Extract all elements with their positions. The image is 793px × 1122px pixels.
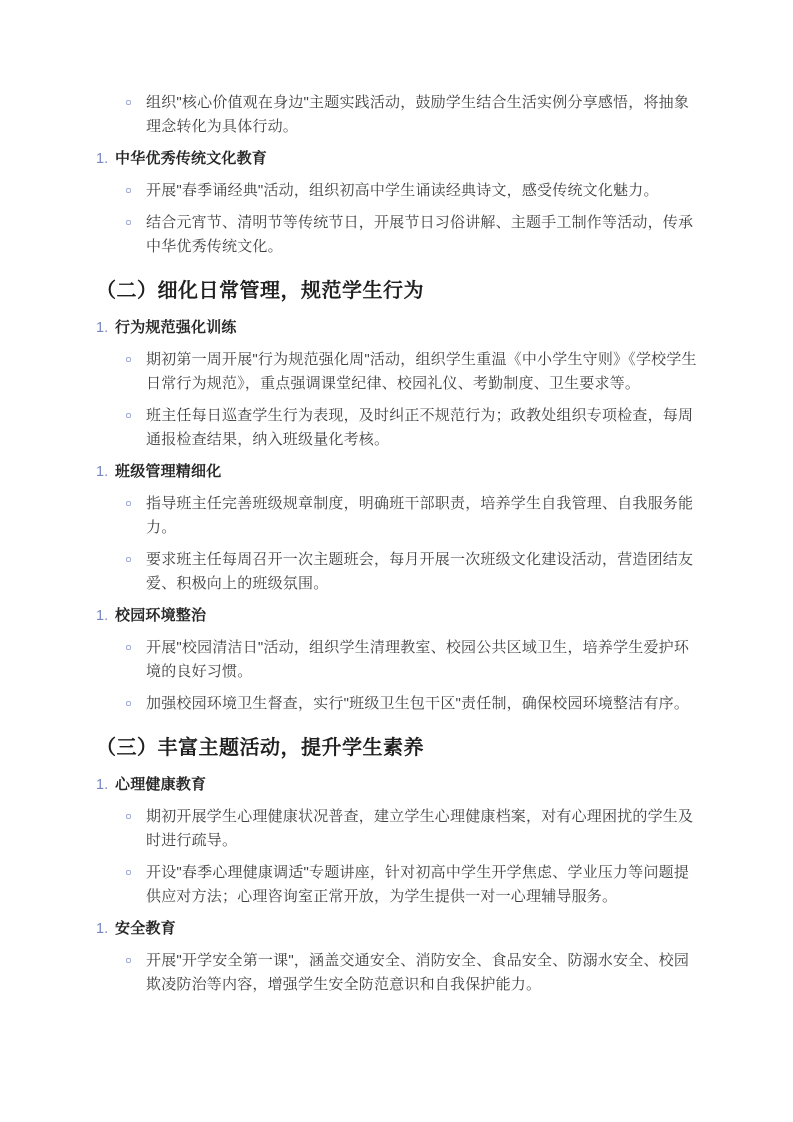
list-number: 1. (96, 460, 115, 484)
bullet-marker-col (126, 636, 146, 650)
numbered-item: 1. 行为规范强化训练 (96, 316, 697, 340)
bullet-marker (126, 645, 131, 650)
section-heading-3: （三）丰富主题活动，提升学生素养 (96, 733, 697, 763)
bullet-item-text: 期初开展学生心理健康状况普查，建立学生心理健康档案，对有心理困扰的学生及时进行疏… (146, 805, 697, 853)
bullet-marker (126, 100, 131, 105)
bullet-item-text: 期初第一周开展"行为规范强化周"活动，组织学生重温《中小学生守则》《学校学生日常… (146, 348, 697, 396)
bullet-item-text: 开展"春季诵经典"活动，组织初高中学生诵读经典诗文，感受传统文化魅力。 (146, 179, 697, 203)
bullet-marker-col (126, 949, 146, 963)
bullet-item-text: 开展"开学安全第一课"，涵盖交通安全、消防安全、食品安全、防溺水安全、校园欺凌防… (146, 949, 697, 997)
bullet-item: 要求班主任每周召开一次主题班会，每月开展一次班级文化建设活动，营造团结友爱、积极… (126, 548, 697, 596)
numbered-item: 1. 中华优秀传统文化教育 (96, 147, 697, 171)
bullet-marker (126, 701, 131, 706)
bullet-item: 组织"核心价值观在身边"主题实践活动，鼓励学生结合生活实例分享感悟，将抽象理念转… (126, 91, 697, 139)
list-number: 1. (96, 917, 115, 941)
bullet-marker-col (126, 348, 146, 362)
bullet-marker-col (126, 805, 146, 819)
numbered-item-title: 校园环境整治 (115, 604, 697, 628)
bullet-item: 期初开展学生心理健康状况普查，建立学生心理健康档案，对有心理困扰的学生及时进行疏… (126, 805, 697, 853)
numbered-item-title: 班级管理精细化 (115, 460, 697, 484)
bullet-marker-col (126, 492, 146, 506)
bullet-item: 开展"校园清洁日"活动，组织学生清理教室、校园公共区域卫生，培养学生爱护环境的良… (126, 636, 697, 684)
bullet-item: 加强校园环境卫生督查，实行"班级卫生包干区"责任制，确保校园环境整洁有序。 (126, 692, 697, 716)
bullet-marker (126, 958, 131, 963)
bullet-marker (126, 188, 131, 193)
numbered-item-title: 行为规范强化训练 (115, 316, 697, 340)
bullet-item: 期初第一周开展"行为规范强化周"活动，组织学生重温《中小学生守则》《学校学生日常… (126, 348, 697, 396)
document-page: 组织"核心价值观在身边"主题实践活动，鼓励学生结合生活实例分享感悟，将抽象理念转… (0, 0, 793, 1122)
list-number: 1. (96, 147, 115, 171)
bullet-marker (126, 870, 131, 875)
numbered-item: 1. 心理健康教育 (96, 773, 697, 797)
section-heading-2: （二）细化日常管理，规范学生行为 (96, 276, 697, 306)
bullet-marker-col (126, 861, 146, 875)
bullet-item-text: 开展"校园清洁日"活动，组织学生清理教室、校园公共区域卫生，培养学生爱护环境的良… (146, 636, 697, 684)
bullet-item: 开展"开学安全第一课"，涵盖交通安全、消防安全、食品安全、防溺水安全、校园欺凌防… (126, 949, 697, 997)
bullet-marker (126, 413, 131, 418)
bullet-marker-col (126, 91, 146, 105)
bullet-item: 结合元宵节、清明节等传统节日，开展节日习俗讲解、主题手工制作等活动，传承中华优秀… (126, 211, 697, 259)
bullet-item: 班主任每日巡查学生行为表现，及时纠正不规范行为；政教处组织专项检查，每周通报检查… (126, 404, 697, 452)
bullet-item-text: 要求班主任每周召开一次主题班会，每月开展一次班级文化建设活动，营造团结友爱、积极… (146, 548, 697, 596)
bullet-marker (126, 501, 131, 506)
bullet-marker (126, 557, 131, 562)
list-number: 1. (96, 316, 115, 340)
numbered-item-title: 心理健康教育 (115, 773, 697, 797)
list-number: 1. (96, 773, 115, 797)
bullet-item: 开设"春季心理健康调适"专题讲座，针对初高中学生开学焦虑、学业压力等问题提供应对… (126, 861, 697, 909)
bullet-marker (126, 220, 131, 225)
numbered-item: 1. 安全教育 (96, 917, 697, 941)
bullet-marker (126, 814, 131, 819)
bullet-marker-col (126, 404, 146, 418)
numbered-item-title: 安全教育 (115, 917, 697, 941)
bullet-item: 指导班主任完善班级规章制度，明确班干部职责，培养学生自我管理、自我服务能力。 (126, 492, 697, 540)
bullet-marker-col (126, 692, 146, 706)
numbered-item-title: 中华优秀传统文化教育 (115, 147, 697, 171)
bullet-item-text: 结合元宵节、清明节等传统节日，开展节日习俗讲解、主题手工制作等活动，传承中华优秀… (146, 211, 697, 259)
bullet-item-text: 组织"核心价值观在身边"主题实践活动，鼓励学生结合生活实例分享感悟，将抽象理念转… (146, 91, 697, 139)
numbered-item: 1. 班级管理精细化 (96, 460, 697, 484)
bullet-item-text: 开设"春季心理健康调适"专题讲座，针对初高中学生开学焦虑、学业压力等问题提供应对… (146, 861, 697, 909)
bullet-marker-col (126, 548, 146, 562)
list-number: 1. (96, 604, 115, 628)
bullet-marker-col (126, 179, 146, 193)
bullet-item-text: 班主任每日巡查学生行为表现，及时纠正不规范行为；政教处组织专项检查，每周通报检查… (146, 404, 697, 452)
bullet-marker-col (126, 211, 146, 225)
numbered-item: 1. 校园环境整治 (96, 604, 697, 628)
bullet-marker (126, 357, 131, 362)
bullet-item-text: 加强校园环境卫生督查，实行"班级卫生包干区"责任制，确保校园环境整洁有序。 (146, 692, 697, 716)
bullet-item-text: 指导班主任完善班级规章制度，明确班干部职责，培养学生自我管理、自我服务能力。 (146, 492, 697, 540)
bullet-item: 开展"春季诵经典"活动，组织初高中学生诵读经典诗文，感受传统文化魅力。 (126, 179, 697, 203)
